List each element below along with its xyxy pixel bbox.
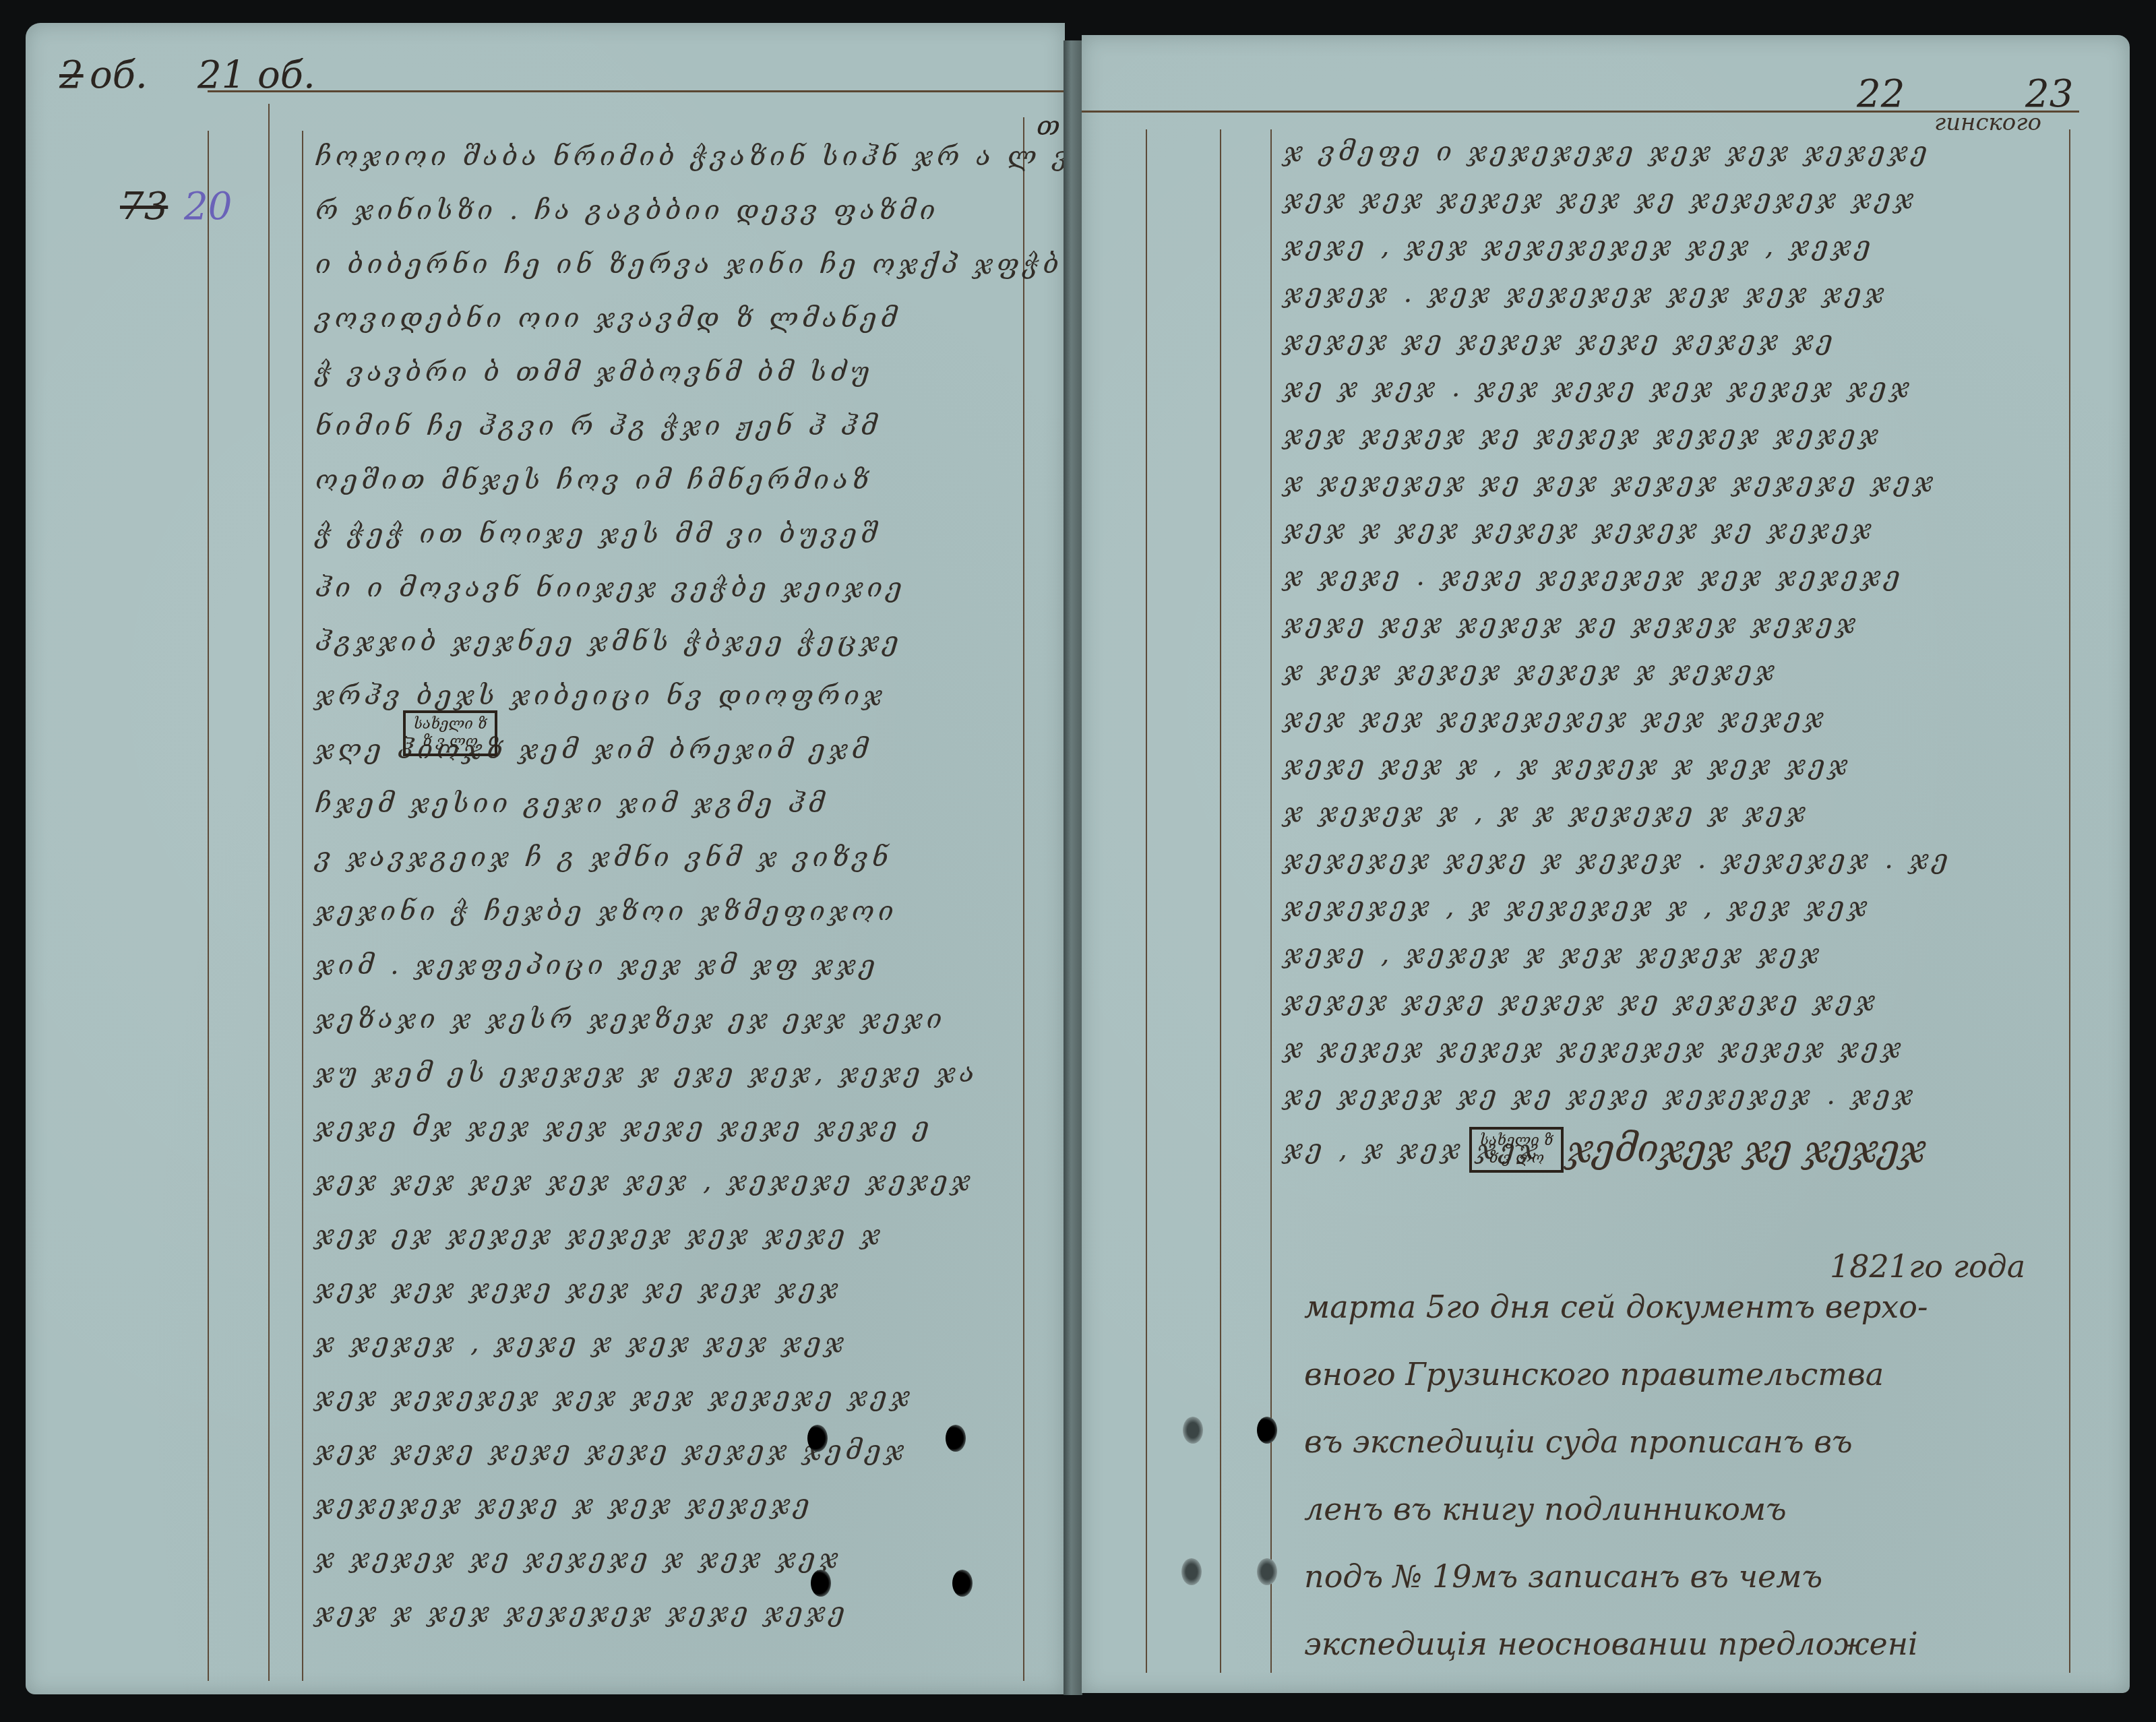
text-line: ჯეჯ ჯეჯ ჯეჯ ჯეჯ ჯეჯ , ჯეჯეჯე ჯეჯეჯ [315,1165,974,1196]
side-mark: თ [1037,111,1060,142]
text-line: ჯეჯე ჯეჯ ჯ , ჯ ჯეჯეჯ ჯ ჯეჯ ჯეჯ [1284,749,1851,780]
text-line: ჯ ჯეჯეჯეჯ ჯე ჯეჯ ჯეჯეჯ ჯეჯეჯე ჯეჯ [1284,466,1937,497]
book-spine [1064,40,1082,1695]
text-line: ჯიმ . ჯეჯფეპიცი ჯეჯ ჯმ ჯფ ჯჯე [315,950,879,981]
text-line: ჭ ჭეჭ ით ნოიჯე ჯეს მმ ვი ბუვეშ [315,518,881,549]
text-line: ჯეჯ ჯ ჯეჯ ჯეჯეჯ ჯეჯეჯ ჯე ჯეჯეჯ [1284,514,1876,545]
text-line: ჩჯემ ჯესიი გეჯი ჯიმ ჯგმე ჰმ [315,788,828,819]
ru-line: ленъ въ книгу подлинникомъ [1304,1491,1787,1527]
ru-line: марта 5го дня сей документъ верхо- [1304,1289,1928,1325]
text-line: ვ ჯავჯგეიჯ ჩ გ ჯმნი ვნმ ჯ ვიზვნ [315,842,892,873]
folio-label: 21 об. [197,53,315,97]
right-rule [1023,117,1024,1681]
header-rule [208,90,1064,92]
binding-hole [1257,1558,1277,1585]
margin-number-crossed: 73 [120,185,168,228]
binding-hole [1181,1558,1202,1585]
ru-line: экспедиція неосновании предложені [1304,1626,1918,1662]
text-line: ჰი ი მოვავნ ნიიჯეჯ ვეჭბე ჯეიჯიე [315,572,906,603]
ru-line: вного Грузинского правительства [1304,1356,1884,1392]
folio-struck: 2 [59,53,84,97]
text-line: ჯ ჯეჯეჯ ჯეჯეჯ ჯეჯეჯეჯ ჯეჯეჯ ჯეჯ [1284,1033,1905,1064]
text-line: ჯეჯე მჯ ჯეჯ ჯეჯ ჯეჯე ჯეჯე ჯეჯე ე [315,1111,933,1142]
binding-hole [946,1425,966,1452]
text-line: ჯეჯ ჯეჯ ჯეჯეჯ ჯეჯ ჯე ჯეჯეჯეჯ ჯეჯ [1284,183,1917,214]
text-line: ჯეჯეჯეჯ ჯეჯე ჯ ჯეჯეჯ . ჯეჯეჯეჯ . ჯე [1284,844,1952,875]
margin-rule-inner [302,131,303,1681]
text-line: ი ბიბერნი ჩე ინ ზერვა ჯინი ჩე ოჯქპ ჯფჭბბ… [315,249,1114,280]
text-line: ჯე ჯ ჯეჯ . ჯეჯ ჯეჯე ჯეჯ ჯეჯეჯ ჯეჯ [1284,372,1913,403]
seal-stamp: სახელი ზ ზ ვ ლო [1469,1127,1564,1173]
text-line: ჯრჰვ ბეჯს ჯიბეიცი ნვ დიოფრიჯ [315,680,886,711]
text-line: ჯ ჯეჯეჯ , ჯეჯე ჯ ჯეჯ ჯეჯ ჯეჯ [315,1327,848,1358]
text-line: ვოვიდებნი ოიი ჯვავმდ ზ ლმანემ [315,303,901,334]
margin-rule-middle [1220,129,1221,1673]
binding-hole [952,1570,973,1597]
text-line: ჯღე ჰიოჯზ ჯემ ჯიმ ბრეჯიმ ეჯმ [315,734,872,765]
left-page: 2 об. 21 об. 73 20 თ ჩოჯიოი შაბა ნრიმიბ … [26,23,1065,1694]
text-line: ჯ ჯეჯეჯ ჯე ჯეჯეჯე ჯ ჯეჯ ჯეჯ [315,1543,842,1574]
text-line: ჯუ ჯემ ეს ეჯეჯეჯ ჯ ეჯე ჯეჯ, ჯეჯე ჯა [315,1057,979,1088]
text-line: ჯეჯე , ჯეჯ ჯეჯეჯეჯეჯ ჯეჯ , ჯეჯე [1284,230,1874,262]
text-line: ჯეჯინი ჭ ჩეჯბე ჯზოი ჯზმეფიჯოი [315,896,898,927]
text-line: ჯეჯეჯ . ჯეჯ ჯეჯეჯეჯ ჯეჯ ჯეჯ ჯეჯ [1284,278,1888,309]
text-line: ჯეჯ ჯ ჯეჯ ჯეჯეჯეჯ ჯეჯე ჯეჯე [315,1597,849,1628]
text-line: ჯეჯ ჯეჯეჯეჯ ჯეჯ ჯეჯ ჯეჯეჯე ჯეჯ [315,1381,914,1412]
text-line: ჯე ჯეჯეჯ ჯე ჯე ჯეჯე ჯეჯეჯეჯ . ჯეჯ [1284,1080,1917,1111]
text-line: ჯ ვმეფე ი ჯეჯეჯეჯე ჯეჯ ჯეჯ ჯეჯეჯე [1284,136,1931,167]
text-line: ჯ ჯეჯ ჯეჯეჯ ჯეჯეჯ ჯ ჯეჯეჯ [1284,655,1779,686]
text-line: ჯეჯე ჯეჯ ჯეჯეჯ ჯე ჯეჯეჯ ჯეჯეჯ [1284,608,1859,639]
right-rule [2069,129,2070,1673]
text-line: ჯეჯეჯ ჯე ჯეჯეჯ ჯეჯე ჯეჯეჯ ჯე [1284,325,1837,356]
margin-rule-outer [1146,129,1147,1673]
ru-year: 1821го года [1830,1248,2025,1285]
text-line: ჯეჯეჯ ჯეჯე ჯეჯეჯ ჯე ჯეჯეჯე ჯეჯ [1284,985,1879,1016]
margin-rule-outer [208,131,209,1681]
text-line: ჰგჯჯიბ ჯეჯნეე ჯმნს ჭბჯეე ჭეცჯე [315,626,902,657]
binding-hole [811,1570,831,1597]
text-line: ჯეჯე , ჯეჯეჯ ჯ ჯეჯ ჯეჯეჯ ჯეჯ [1284,938,1823,969]
right-page: 22 23 гинского ჯ ვმეფე ი ჯეჯეჯეჯე ჯეჯ ჯე… [1082,35,2130,1693]
text-line: ჯ ჯეჯეჯ ჯ , ჯ ჯ ჯეჯეჯე ჯ ჯეჯ [1284,797,1810,828]
binding-hole [1257,1417,1277,1444]
text-line: ჯეჯეჯეჯ , ჯ ჯეჯეჯეჯ ჯ , ჯეჯ ჯეჯ [1284,891,1871,922]
text-line: ჯეჯ ჯეჯ ჯეჯეჯეჯეჯ ჯეჯ ჯეჯეჯ [1284,702,1827,733]
text-line: ჯეჯ ჯეჯეჯ ჯე ჯეჯეჯ ჯეჯეჯ ჯეჯეჯ [1284,419,1882,450]
header-rule [1082,111,2079,113]
ru-line: подъ № 19мъ записанъ въ чемъ [1304,1558,1822,1595]
text-line: ჭ ვავბრი ბ თმმ ჯმბოვნმ ბმ სძუ [315,357,873,388]
seal-stamp: სახელი ზ ზ ვ ლო [403,710,497,756]
folio-22: 22 [1857,72,1905,116]
margin-number-purple: 20 [184,185,232,228]
text-line: რ ჯინისზი . ჩა გაგბბიი დევვ ფაზმი [315,195,939,226]
ru-line: въ экспедиціи суда прописанъ въ [1304,1423,1853,1460]
text-line: ჯეზაჯი ჯ ჯესრ ჯეჯზეჯ ეჯ ეჯჯ ჯეჯი [315,1004,946,1035]
text-line: ოეშით მნჯეს ჩოვ იმ ჩმნერმიაზ [315,464,873,495]
text-line: ნიმინ ჩე ჰგვი რ ჰგ ჭჯი ჟენ ჰ ჰმ [315,410,881,441]
text-line: ჯეჯ ეჯ ჯეჯეჯ ჯეჯეჯ ჯეჯ ჯეჯე ჯ [315,1219,884,1250]
binding-hole [1183,1417,1203,1444]
binding-hole [807,1425,828,1452]
margin-rule-middle [268,104,270,1681]
text-line: ჯეჯეჯეჯ ჯეჯე ჯ ჯეჯ ჯეჯეჯე [315,1489,813,1520]
corner-note: гинского [1934,109,2041,136]
georgian-signature: ჯემიჯეჯ ჯე ჯეჯეჯ [1567,1127,1926,1171]
folio-label-ob: об. [90,53,148,97]
text-line: ჯ ჯეჯე . ჯეჯე ჯეჯეჯეჯ ჯეჯ ჯეჯეჯე [1284,561,1904,592]
text-line: ჯეჯ ჯეჯ ჯეჯე ჯეჯ ჯე ჯეჯ ჯეჯ [315,1273,842,1304]
